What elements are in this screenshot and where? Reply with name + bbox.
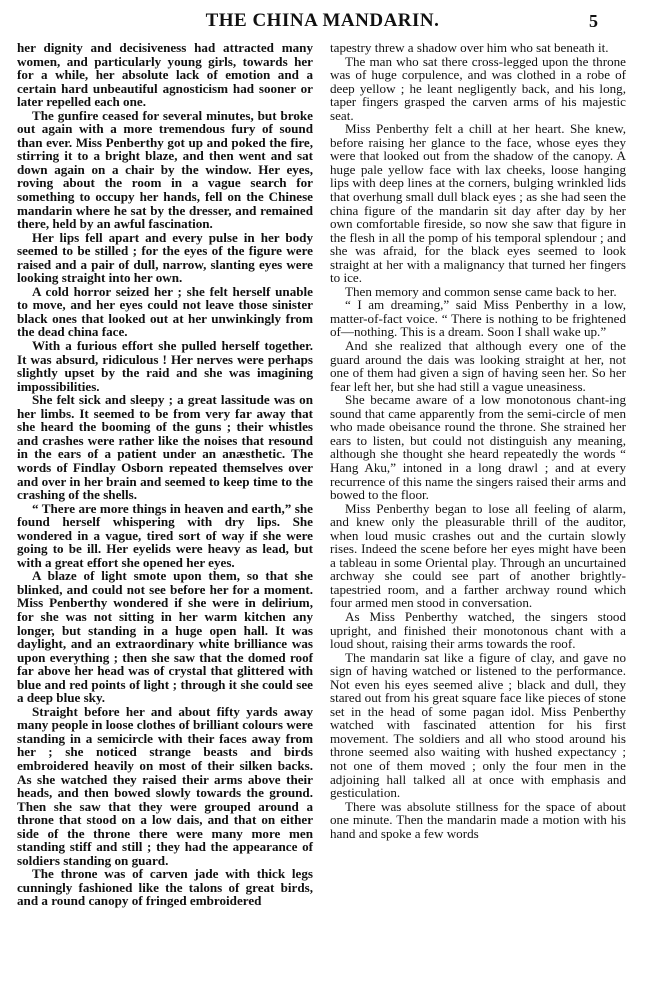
- paragraph: The mandarin sat like a figure of clay, …: [330, 651, 626, 800]
- paragraph: Her lips fell apart and every pulse in h…: [17, 231, 313, 285]
- paragraph: Then memory and common sense came back t…: [330, 285, 626, 299]
- paragraph: The gunfire ceased for several minutes, …: [17, 109, 313, 231]
- page-header: THE CHINA MANDARIN. 5: [0, 10, 645, 34]
- paragraph: “ I am dreaming,” said Miss Penberthy in…: [330, 298, 626, 339]
- paragraph: tapestry threw a shadow over him who sat…: [330, 41, 626, 55]
- paragraph: “ There are more things in heaven and ea…: [17, 502, 313, 570]
- right-column: tapestry threw a shadow over him who sat…: [330, 41, 626, 840]
- paragraph: The man who sat there cross-legged upon …: [330, 55, 626, 123]
- paragraph: She became aware of a low monotonous cha…: [330, 393, 626, 501]
- page-number: 5: [589, 11, 598, 32]
- paragraph: The throne was of carven jade with thick…: [17, 867, 313, 908]
- paragraph: With a furious effort she pulled herself…: [17, 339, 313, 393]
- paragraph: There was absolute stillness for the spa…: [330, 800, 626, 841]
- paragraph: A blaze of light smote upon them, so tha…: [17, 569, 313, 704]
- paragraph: As Miss Penberthy watched, the singers s…: [330, 610, 626, 651]
- left-column: her dignity and decisiveness had attract…: [17, 41, 313, 908]
- paragraph: her dignity and decisiveness had attract…: [17, 41, 313, 109]
- paragraph: Miss Penberthy felt a chill at her heart…: [330, 122, 626, 285]
- paragraph: She felt sick and sleepy ; a great lassi…: [17, 393, 313, 501]
- paragraph: And she realized that although every one…: [330, 339, 626, 393]
- paragraph: Straight before her and about fifty yard…: [17, 705, 313, 868]
- paragraph: Miss Penberthy began to lose all feeling…: [330, 502, 626, 610]
- running-title: THE CHINA MANDARIN.: [0, 10, 645, 32]
- paragraph: A cold horror seized her ; she felt hers…: [17, 285, 313, 339]
